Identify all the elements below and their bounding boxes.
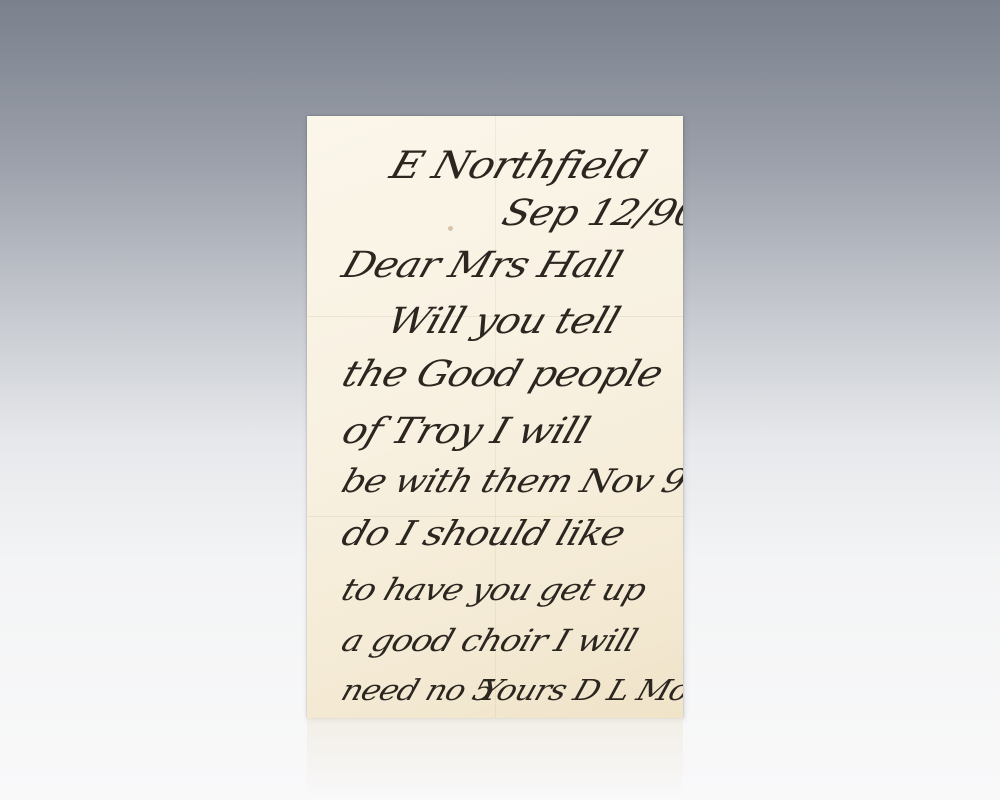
letter-reflection: need no 5 Yours D L Moody: [307, 718, 683, 800]
letter-line: do I should like: [337, 513, 630, 553]
reflected-signature: Yours D L Moody: [475, 718, 683, 722]
letter-line: a good choir I will: [337, 623, 641, 659]
letter-line: to have you get up: [337, 572, 650, 608]
ink-spot: [448, 226, 453, 231]
letter-place: E Northfield: [385, 143, 652, 187]
letter-line: of Troy I will: [337, 411, 594, 452]
letter-salutation: Dear Mrs Hall: [337, 245, 627, 286]
letter-line: be with them Nov 9th: [337, 463, 683, 500]
letter-signature: Yours D L Moody: [475, 673, 683, 707]
letter-line: need no 5: [337, 673, 499, 707]
letter-line: the Good people: [337, 354, 668, 395]
handwritten-letter: E Northfield Sep 12/90 Dear Mrs Hall Wil…: [307, 116, 683, 718]
letter-date: Sep 12/90: [497, 193, 683, 234]
letter-line: Will you tell: [382, 301, 624, 342]
